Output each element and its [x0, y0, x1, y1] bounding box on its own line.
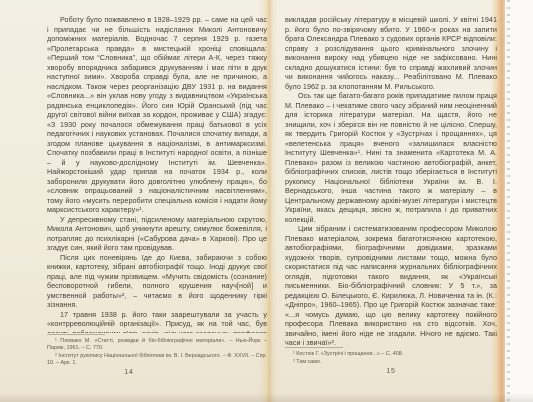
footnote: ² Там само.: [285, 359, 497, 366]
page-left-text: Роботу було пожвавлено в 1928–1929 рр. –…: [47, 15, 267, 333]
page-number-left: 14: [117, 369, 141, 376]
page-right-text: викладав російську літературу в місцевій…: [285, 15, 497, 345]
background-edge: [505, 0, 533, 402]
page-left-footnotes: ¹ Плевако М. «Статті, розвідки й біо-біб…: [47, 334, 267, 368]
paragraph: Роботу було пожвавлено в 1928–1929 рр. –…: [47, 15, 267, 215]
paragraph: 17 травня 1938 р. його таки заарештували…: [47, 310, 267, 334]
paragraph: викладав російську літературу в місцевій…: [285, 15, 497, 91]
page-number-right: 15: [379, 368, 403, 375]
paragraph: У депресивному стані, підсиленому матері…: [47, 215, 267, 253]
footnote-rule: [47, 334, 105, 335]
paragraph: Після цих поневірянь їде до Києва, забир…: [47, 253, 267, 310]
footnote: ¹ Костюк Г. «Зустрічі і прощання...» – С…: [285, 351, 497, 358]
paragraph: Цим зібраним і систематизованим професор…: [285, 224, 497, 345]
book-photo: Роботу було пожвавлено в 1928–1929 рр. –…: [0, 0, 533, 402]
paragraph: Ось так ще багато-багато років припадати…: [285, 91, 497, 224]
footnote-rule: [285, 347, 343, 348]
page-right-footnotes: ¹ Костюк Г. «Зустрічі і прощання...» – С…: [285, 347, 497, 367]
footnote: ¹ Плевако М. «Статті, розвідки й біо-біб…: [47, 338, 267, 351]
footnote: ² Інститут рукопису Національної бібліот…: [47, 353, 267, 366]
